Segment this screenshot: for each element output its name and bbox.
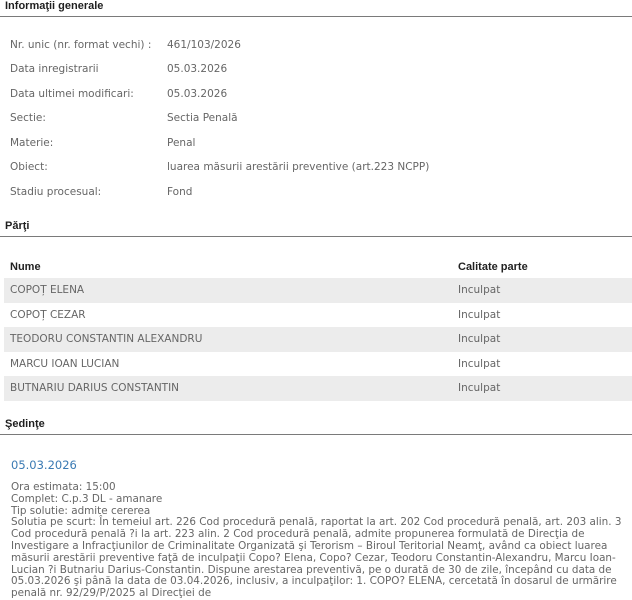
- table-row: COPOȚ CEZAR Inculpat: [4, 303, 632, 328]
- table-row: BUTNARIU DARIUS CONSTANTIN Inculpat: [4, 376, 632, 401]
- info-label: Data ultimei modificari:: [10, 88, 167, 100]
- info-label: Obiect:: [10, 161, 167, 173]
- table-row: COPOȚ ELENA Inculpat: [4, 278, 632, 303]
- info-value: Sectia Penală: [167, 112, 238, 124]
- cell-nume: MARCU IOAN LUCIAN: [4, 358, 452, 370]
- info-value: luarea măsurii arestării preventive (art…: [167, 161, 429, 173]
- cell-nume: BUTNARIU DARIUS CONSTANTIN: [4, 382, 452, 394]
- info-value: 05.03.2026: [167, 88, 227, 100]
- info-row-sectie: Sectie:Sectia Penală: [10, 112, 238, 124]
- solutie-pe-scurt: Solutia pe scurt: În temeiul art. 226 Co…: [11, 517, 629, 600]
- info-value: Fond: [167, 186, 192, 198]
- info-label: Stadiu procesual:: [10, 186, 167, 198]
- info-value: Penal: [167, 137, 195, 149]
- table-row: TEODORU CONSTANTIN ALEXANDRU Inculpat: [4, 327, 632, 352]
- table-header: Nume Calitate parte: [4, 256, 632, 278]
- info-row-data-ultimei-modificari: Data ultimei modificari:05.03.2026: [10, 88, 227, 100]
- info-row-stadiu-procesual: Stadiu procesual:Fond: [10, 186, 192, 198]
- info-row-materie: Materie:Penal: [10, 137, 195, 149]
- info-label: Data inregistrarii: [10, 63, 167, 75]
- info-label: Nr. unic (nr. format vechi) :: [10, 39, 167, 51]
- sedinta-details: Ora estimata: 15:00 Complet: C.p.3 DL - …: [11, 482, 629, 600]
- cell-nume: COPOȚ ELENA: [4, 284, 452, 296]
- info-row-data-inregistrarii: Data inregistrarii05.03.2026: [10, 63, 227, 75]
- cell-calitate: Inculpat: [452, 382, 632, 394]
- cell-nume: COPOȚ CEZAR: [4, 309, 452, 321]
- cell-calitate: Inculpat: [452, 358, 632, 370]
- section-title-sedinte: Şedinţe: [0, 418, 632, 435]
- info-value: 05.03.2026: [167, 63, 227, 75]
- section-title-informatii-generale: Informaţii generale: [0, 0, 632, 17]
- info-label: Materie:: [10, 137, 167, 149]
- complet: Complet: C.p.3 DL - amanare: [11, 494, 629, 506]
- info-label: Sectie:: [10, 112, 167, 124]
- cell-calitate: Inculpat: [452, 309, 632, 321]
- info-value: 461/103/2026: [167, 39, 241, 51]
- sedinta-date-link[interactable]: 05.03.2026: [11, 458, 77, 472]
- cell-nume: TEODORU CONSTANTIN ALEXANDRU: [4, 333, 452, 345]
- info-row-nr-unic: Nr. unic (nr. format vechi) :461/103/202…: [10, 39, 241, 51]
- info-row-obiect: Obiect:luarea măsurii arestării preventi…: [10, 161, 429, 173]
- table-row: MARCU IOAN LUCIAN Inculpat: [4, 352, 632, 377]
- cell-calitate: Inculpat: [452, 284, 632, 296]
- cell-calitate: Inculpat: [452, 333, 632, 345]
- column-header-calitate-parte: Calitate parte: [452, 261, 632, 273]
- parti-table: Nume Calitate parte COPOȚ ELENA Inculpat…: [4, 256, 632, 401]
- section-title-parti: Părţi: [0, 220, 632, 237]
- table-body: COPOȚ ELENA Inculpat COPOȚ CEZAR Inculpa…: [4, 278, 632, 401]
- column-header-nume: Nume: [4, 261, 452, 273]
